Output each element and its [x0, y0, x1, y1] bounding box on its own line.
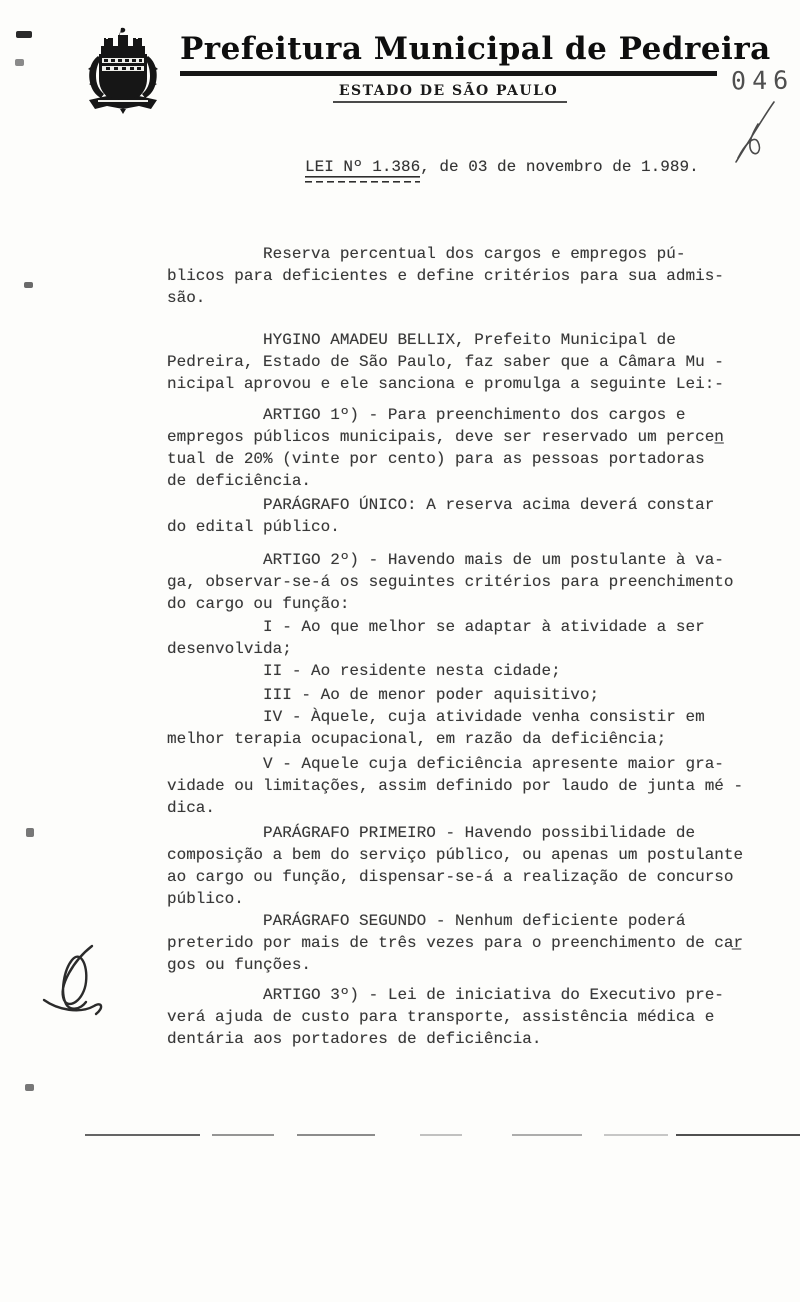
header-title: Prefeitura Municipal de Pedreira	[180, 31, 720, 67]
header-subtitle: ESTADO DE SÃO PAULO	[180, 83, 717, 99]
fold-line-segment	[420, 1134, 462, 1136]
paragraph-item-iii: III - Ao de menor poder aquisitivo;	[167, 684, 599, 706]
scan-speck	[25, 1084, 34, 1091]
paragraph-item-ii: II - Ao residente nesta cidade;	[167, 660, 561, 682]
paragraph-artigo-3: ARTIGO 3º) - Lei de iniciativa do Execut…	[167, 984, 724, 1050]
fold-line-segment	[212, 1134, 274, 1136]
fold-line-segment	[297, 1134, 375, 1136]
paragraph-paragrafo-segundo: PARÁGRAFO SEGUNDO - Nenhum deficiente po…	[167, 910, 743, 976]
law-title: LEI Nº 1.386, de 03 de novembro de 1.989…	[305, 156, 699, 178]
paragraph-artigo-2: ARTIGO 2º) - Havendo mais de um postulan…	[167, 549, 734, 615]
header-rule	[180, 71, 717, 76]
fold-line-segment	[676, 1134, 800, 1136]
scan-speck	[24, 282, 33, 288]
law-number: LEI Nº 1.386	[305, 158, 420, 183]
paragraph-paragrafo-unico: PARÁGRAFO ÚNICO: A reserva acima deverá …	[167, 494, 714, 538]
law-date: , de 03 de novembro de 1.989.	[420, 158, 698, 176]
scanned-document-page: Prefeitura Municipal de Pedreira ESTADO …	[0, 0, 800, 1302]
scan-speck	[16, 31, 32, 38]
paragraph-ementa: Reserva percentual dos cargos e empregos…	[167, 243, 724, 309]
scan-speck	[15, 59, 24, 66]
fold-line-segment	[604, 1134, 668, 1136]
coat-of-arms-icon	[84, 26, 162, 116]
margin-scribble-icon	[36, 938, 118, 1022]
paragraph-item-v: V - Aquele cuja deficiência apresente ma…	[167, 753, 743, 819]
fold-line-segment	[85, 1134, 200, 1136]
paragraph-paragrafo-primeiro: PARÁGRAFO PRIMEIRO - Havendo possibilida…	[167, 822, 743, 910]
header-subtitle-rule	[333, 101, 567, 103]
paragraph-artigo-1: ARTIGO 1º) - Para preenchimento dos carg…	[167, 404, 724, 492]
fold-line-segment	[512, 1134, 582, 1136]
page-number-stamp: 046	[731, 65, 795, 95]
rubric-signature-icon	[730, 98, 788, 166]
paragraph-preambulo: HYGINO AMADEU BELLIX, Prefeito Municipal…	[167, 329, 724, 395]
paragraph-item-i: I - Ao que melhor se adaptar à atividade…	[167, 616, 705, 660]
scan-speck	[26, 828, 34, 837]
paragraph-item-iv: IV - Àquele, cuja atividade venha consis…	[167, 706, 705, 750]
